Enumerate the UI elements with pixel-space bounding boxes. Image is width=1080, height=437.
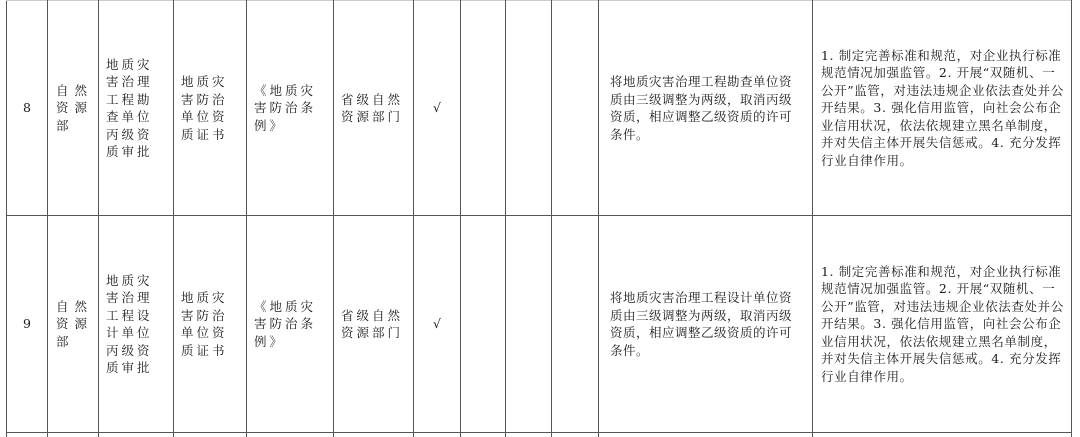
table-row: 8 自然资源部 地质灾害治理工程勘查单位丙级资质审批 地质灾害防治单位资质证书 … — [7, 1, 1072, 216]
empty-cell — [174, 433, 247, 437]
empty-cell — [247, 433, 334, 437]
empty-cell — [414, 433, 461, 437]
legal-basis-cell: 《地质灾害防治条例》 — [247, 216, 334, 433]
empty-cell — [552, 216, 599, 433]
legal-basis-cell: 《地质灾害防治条例》 — [247, 1, 334, 216]
implementing-body-cell: 省级自然资源部门 — [334, 1, 414, 216]
department-cell: 自然资源部 — [48, 216, 99, 433]
reform-content-cell: 将地质灾害治理工程勘查单位资质由三级调整为两级，取消丙级资质，相应调整乙级资质的… — [599, 1, 813, 216]
row-number: 9 — [7, 216, 48, 433]
department-cell: 自然资源部 — [48, 1, 99, 216]
checkmark-icon: √ — [414, 216, 461, 433]
document-table: 8 自然资源部 地质灾害治理工程勘查单位丙级资质审批 地质灾害防治单位资质证书 … — [6, 0, 1072, 437]
empty-cell — [506, 1, 552, 216]
certificate-cell: 地质灾害防治单位资质证书 — [174, 1, 247, 216]
empty-cell — [813, 433, 1072, 437]
reform-content-cell: 将地质灾害治理工程设计单位资质由三级调整为两级，取消丙级资质，相应调整乙级资质的… — [599, 216, 813, 433]
measures-cell: 1. 制定完善标准和规范，对企业执行标准规范情况加强监管。2. 开展“双随机、一… — [813, 216, 1072, 433]
empty-cell — [461, 216, 506, 433]
item-name-cell: 地质灾害治理工程设计单位丙级资质审批 — [99, 216, 174, 433]
empty-cell — [7, 433, 48, 437]
table-row-partial — [7, 433, 1072, 437]
item-name-cell: 地质灾害治理工程勘查单位丙级资质审批 — [99, 1, 174, 216]
measures-cell: 1. 制定完善标准和规范，对企业执行标准规范情况加强监管。2. 开展“双随机、一… — [813, 1, 1072, 216]
empty-cell — [461, 433, 506, 437]
certificate-cell: 地质灾害防治单位资质证书 — [174, 216, 247, 433]
empty-cell — [599, 433, 813, 437]
empty-cell — [552, 1, 599, 216]
empty-cell — [99, 433, 174, 437]
empty-cell — [334, 433, 414, 437]
empty-cell — [461, 1, 506, 216]
checkmark-icon: √ — [414, 1, 461, 216]
empty-cell — [48, 433, 99, 437]
empty-cell — [506, 433, 552, 437]
empty-cell — [552, 433, 599, 437]
table-row: 9 自然资源部 地质灾害治理工程设计单位丙级资质审批 地质灾害防治单位资质证书 … — [7, 216, 1072, 433]
row-number: 8 — [7, 1, 48, 216]
empty-cell — [506, 216, 552, 433]
implementing-body-cell: 省级自然资源部门 — [334, 216, 414, 433]
